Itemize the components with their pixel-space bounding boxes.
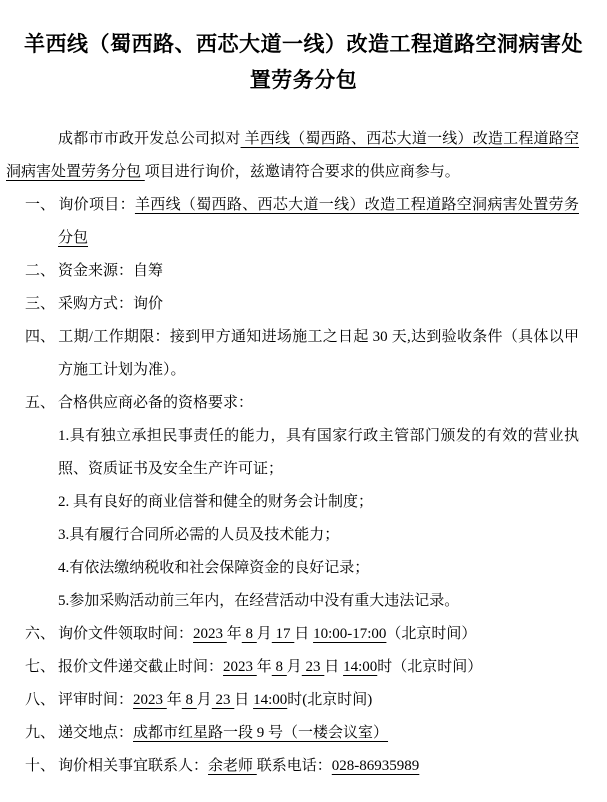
item-label: 询价文件领取时间：: [58, 626, 193, 642]
sub-item-text: 3.具有履行合同所必需的人员及技术能力；: [58, 527, 339, 543]
list-marker: 一、: [6, 189, 58, 222]
item-text: 月: [197, 692, 212, 708]
item-text: 日: [324, 659, 343, 675]
list-marker: 九、: [6, 717, 58, 750]
list-marker: 四、: [6, 321, 58, 354]
sub-item-text: 2. 具有良好的商业信誉和健全的财务会计制度；: [58, 494, 373, 510]
list-item-funding-source: 二、资金来源：自筹: [6, 255, 579, 288]
project-name-underlined: 羊西线（蜀西路、西芯大道一线）改造工程道路空洞病害处置劳务分包: [58, 197, 579, 246]
item-text: 日: [234, 692, 253, 708]
list-marker: 三、: [6, 288, 58, 321]
month-underlined: 8: [182, 692, 197, 708]
intro-text-suffix: 项目进行询价，兹邀请符合要求的供应商参与。: [145, 164, 460, 180]
document-body: 成都市市政开发总公司拟对 羊西线（蜀西路、西芯大道一线）改造工程道路空洞病害处置…: [6, 123, 579, 783]
phone-number-underlined: 028-86935989: [332, 758, 420, 774]
list-item-document-pickup-time: 六、询价文件领取时间：2023 年 8 月 17 日 10:00-17:00（北…: [6, 618, 579, 651]
month-underlined: 8: [272, 659, 287, 675]
sub-item-5: 5.参加采购活动前三年内，在经营活动中没有重大违法记录。: [58, 585, 579, 618]
list-item-review-time: 八、评审时间：2023 年 8 月 23 日 14:00时(北京时间): [6, 684, 579, 717]
item-text: 联系电话：: [257, 758, 332, 774]
sub-item-2: 2. 具有良好的商业信誉和健全的财务会计制度；: [58, 486, 579, 519]
item-label: 评审时间：: [58, 692, 133, 708]
item-text: 月: [257, 626, 272, 642]
time-underlined: 14:00: [343, 659, 377, 675]
intro-paragraph: 成都市市政开发总公司拟对 羊西线（蜀西路、西芯大道一线）改造工程道路空洞病害处置…: [6, 123, 579, 189]
list-item-submission-location: 九、递交地点：成都市红星路一段 9 号（一楼会议室）: [6, 717, 579, 750]
item-text: 时(北京时间): [287, 692, 372, 708]
item-text: 年: [227, 626, 242, 642]
item-text: 日: [294, 626, 313, 642]
year-underlined: 2023: [223, 659, 257, 675]
list-marker: 七、: [6, 651, 58, 684]
document-page: 羊西线（蜀西路、西芯大道一线）改造工程道路空洞病害处置劳务分包 成都市市政开发总…: [0, 0, 607, 802]
day-underlined: 23: [212, 692, 235, 708]
item-label: 询价相关事宜联系人：: [58, 758, 208, 774]
list-item-inquiry-project: 一、询价项目：羊西线（蜀西路、西芯大道一线）改造工程道路空洞病害处置劳务分包: [6, 189, 579, 255]
item-label: 报价文件递交截止时间：: [58, 659, 223, 675]
time-range-underlined: 10:00-17:00: [313, 626, 386, 642]
sub-item-text: 1.具有独立承担民事责任的能力，具有国家行政主管部门颁发的有效的营业执照、资质证…: [58, 428, 579, 477]
list-item-supplier-qualifications: 五、合格供应商必备的资格要求：: [6, 387, 579, 420]
intro-text-prefix: 成都市市政开发总公司拟对: [58, 131, 241, 147]
list-marker: 八、: [6, 684, 58, 717]
month-underlined: 8: [242, 626, 257, 642]
list-item-submission-deadline: 七、报价文件递交截止时间：2023 年 8 月 23 日 14:00时（北京时间…: [6, 651, 579, 684]
list-marker: 五、: [6, 387, 58, 420]
sub-item-3: 3.具有履行合同所必需的人员及技术能力；: [58, 519, 579, 552]
item-label: 询价项目：: [58, 197, 135, 213]
list-marker: 十、: [6, 750, 58, 783]
year-underlined: 2023: [133, 692, 167, 708]
page-title: 羊西线（蜀西路、西芯大道一线）改造工程道路空洞病害处置劳务分包: [21, 26, 587, 98]
item-label: 递交地点：: [58, 725, 133, 741]
list-marker: 二、: [6, 255, 58, 288]
day-underlined: 23: [302, 659, 325, 675]
item-text: 月: [287, 659, 302, 675]
item-label: 合格供应商必备的资格要求：: [58, 395, 253, 411]
item-label: 工期/工作期限：接到甲方通知进场施工之日起 30 天,达到验收条件（具体以甲方施…: [58, 329, 579, 378]
item-text: 时（北京时间）: [377, 659, 482, 675]
list-item-contact-person: 十、询价相关事宜联系人：余老师 联系电话：028-86935989: [6, 750, 579, 783]
address-underlined: 成都市红星路一段 9 号（一楼会议室）: [133, 725, 388, 741]
item-label: 资金来源：自筹: [58, 263, 163, 279]
item-text: （北京时间）: [386, 626, 476, 642]
contact-name-underlined: 余老师: [208, 758, 257, 774]
item-text: 年: [257, 659, 272, 675]
sub-item-1: 1.具有独立承担民事责任的能力，具有国家行政主管部门颁发的有效的营业执照、资质证…: [58, 420, 579, 486]
sub-item-text: 4.有依法缴纳税收和社会保障资金的良好记录；: [58, 560, 369, 576]
list-marker: 六、: [6, 618, 58, 651]
sub-item-4: 4.有依法缴纳税收和社会保障资金的良好记录；: [58, 552, 579, 585]
item-text: 年: [167, 692, 182, 708]
time-underlined: 14:00: [253, 692, 287, 708]
list-item-procurement-method: 三、采购方式：询价: [6, 288, 579, 321]
list-item-work-period: 四、工期/工作期限：接到甲方通知进场施工之日起 30 天,达到验收条件（具体以甲…: [6, 321, 579, 387]
day-underlined: 17: [272, 626, 295, 642]
item-label: 采购方式：询价: [58, 296, 163, 312]
sub-item-text: 5.参加采购活动前三年内，在经营活动中没有重大违法记录。: [58, 593, 459, 609]
year-underlined: 2023: [193, 626, 227, 642]
